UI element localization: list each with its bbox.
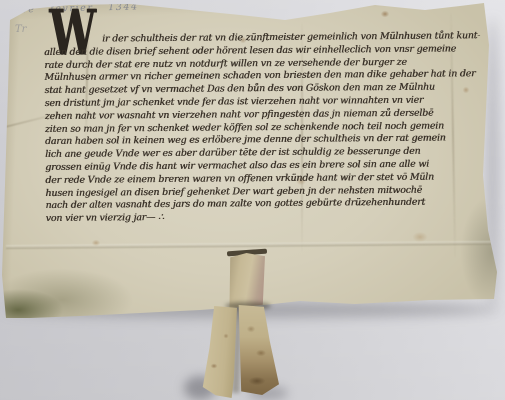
photo-frame: 23e fevrier 1344 Tr W ir der schultheis …	[0, 0, 505, 400]
pencil-mark: Tr	[15, 24, 26, 35]
seal-tag-upper	[228, 253, 265, 308]
manuscript-text: ir der schultheis der rat vn die zünftme…	[44, 30, 482, 226]
plica-fold-line	[6, 241, 492, 249]
manuscript-line: von vier vn vierzig jar— ∴	[46, 209, 482, 226]
